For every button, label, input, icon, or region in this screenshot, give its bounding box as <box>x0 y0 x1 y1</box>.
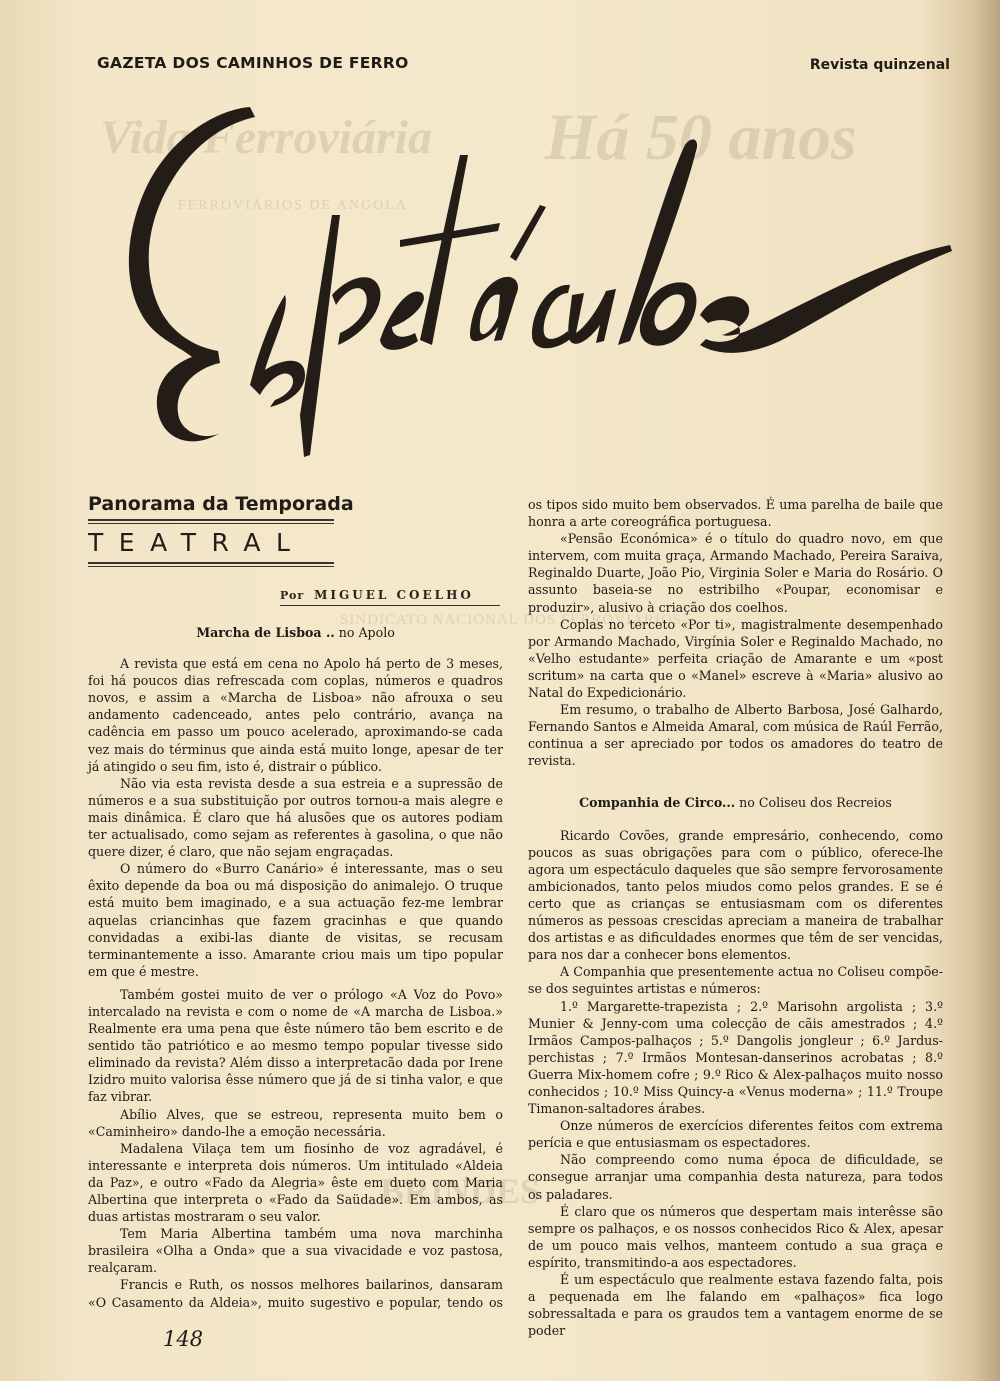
section-title-espetaculos <box>100 95 960 475</box>
column-left: Marcha de Lisboa .. no Apolo A revista q… <box>88 624 503 1310</box>
paragraph-continued: os tipos sido muito bem observados. É um… <box>528 496 943 530</box>
paragraph: A Companhia que presentemente actua no C… <box>528 963 943 997</box>
section-heading-rest: no Apolo <box>335 625 395 640</box>
page-number: 148 <box>163 1327 203 1351</box>
paragraph: «Pensão Económica» é o título do quadro … <box>528 530 943 615</box>
byline-rule <box>280 605 500 606</box>
paragraph: Não compreendo como numa época de dificu… <box>528 1151 943 1202</box>
section-heading-rest: no Coliseu dos Recreios <box>735 795 892 810</box>
section-heading-bold: Marcha de Lisboa .. <box>196 625 335 640</box>
article-heading: TEATRAL <box>88 528 305 557</box>
heading-rule-top <box>88 519 334 524</box>
byline: PorMIGUEL COELHO <box>280 588 474 602</box>
paragraph: Onze números de exercícios diferentes fe… <box>528 1117 943 1151</box>
paragraph: Abílio Alves, que se estreou, representa… <box>88 1106 503 1140</box>
article-kicker: Panorama da Temporada <box>88 493 354 515</box>
paragraph: Francis e Ruth, os nossos melhores baila… <box>88 1276 503 1310</box>
author-name: MIGUEL COELHO <box>314 588 474 602</box>
paragraph: Coplas no terceto «Por ti», magistralmen… <box>528 616 943 701</box>
section-heading-marcha-de-lisboa: Marcha de Lisboa .. no Apolo <box>88 624 503 641</box>
byline-prefix: Por <box>280 589 304 602</box>
publication-frequency: Revista quinzenal <box>810 57 950 73</box>
espetaculos-script-logo <box>100 95 960 475</box>
section-heading-bold: Companhia de Circo... <box>579 795 735 810</box>
paragraph: Ricardo Covões, grande empresário, conhe… <box>528 827 943 964</box>
column-right: os tipos sido muito bem observados. É um… <box>528 496 943 1339</box>
paragraph: É claro que os números que despertam mai… <box>528 1203 943 1271</box>
paragraph: 1.º Margarette-trapezista ; 2.º Marisohn… <box>528 998 943 1118</box>
paragraph: Também gostei muito de ver o prólogo «A … <box>88 986 503 1106</box>
paragraph: A revista que está em cena no Apolo há p… <box>88 655 503 775</box>
paragraph: Em resumo, o trabalho de Alberto Barbosa… <box>528 701 943 769</box>
paragraph: O número do «Burro Canário» é interessan… <box>88 860 503 980</box>
section-heading-companhia-de-circo: Companhia de Circo... no Coliseu dos Rec… <box>528 794 943 811</box>
publication-title: GAZETA DOS CAMINHOS DE FERRO <box>97 54 409 72</box>
paragraph: Não via esta revista desde a sua estreia… <box>88 775 503 860</box>
paragraph: Madalena Vilaça tem um fiosinho de voz a… <box>88 1140 503 1225</box>
paragraph: Tem Maria Albertina também uma nova marc… <box>88 1225 503 1276</box>
heading-rule-bottom <box>88 562 334 567</box>
paragraph: É um espectáculo que realmente estava fa… <box>528 1271 943 1339</box>
